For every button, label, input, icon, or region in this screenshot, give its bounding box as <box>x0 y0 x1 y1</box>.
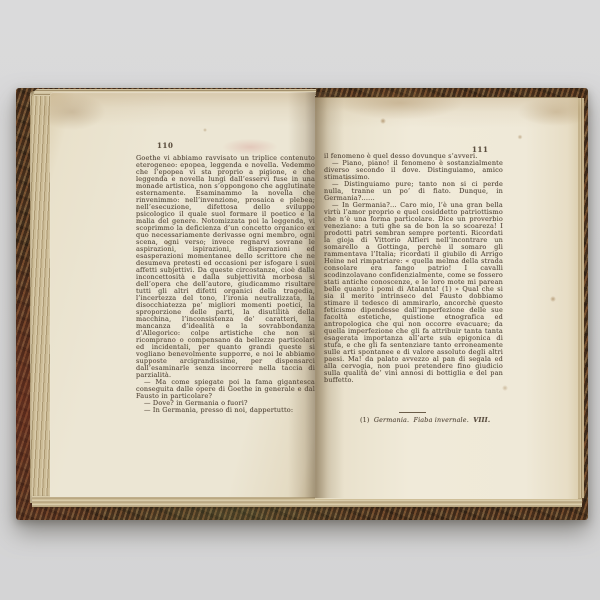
footnote-subtitle: Fiaba invernale. <box>413 416 469 424</box>
footnote-marker: (1) <box>360 416 370 424</box>
footnote-separator-rule <box>399 412 426 413</box>
footnote-work-title: Germania. <box>374 416 409 424</box>
left-page-text: Goethe vi abbiamo ravvisato un triplice … <box>136 155 315 414</box>
paragraph: — In Germania, presso di noi, dappertutt… <box>136 407 315 414</box>
paragraph: — In Germania?... Caro mio, l’è una gran… <box>324 202 503 384</box>
paragraph: Goethe vi abbiamo ravvisato un triplice … <box>136 155 315 379</box>
left-page-number: 110 <box>157 141 173 150</box>
paragraph: — Ma come spiegate poi la fama gigantesc… <box>136 379 315 400</box>
paragraph: — Distinguiamo pure; tanto non si ci per… <box>324 181 503 202</box>
footnote: (1) Germania. Fiaba invernale. VIII. <box>360 417 520 424</box>
paragraph: — Piano, piano! il fenomeno è sostanzial… <box>324 160 503 181</box>
right-page-text: il fenomeno è quel desso dovunque s’avve… <box>324 153 503 384</box>
footnote-section: VIII. <box>473 416 490 424</box>
photo-background: 110 111 Goethe vi abbiamo ravvisato un t… <box>0 0 600 600</box>
